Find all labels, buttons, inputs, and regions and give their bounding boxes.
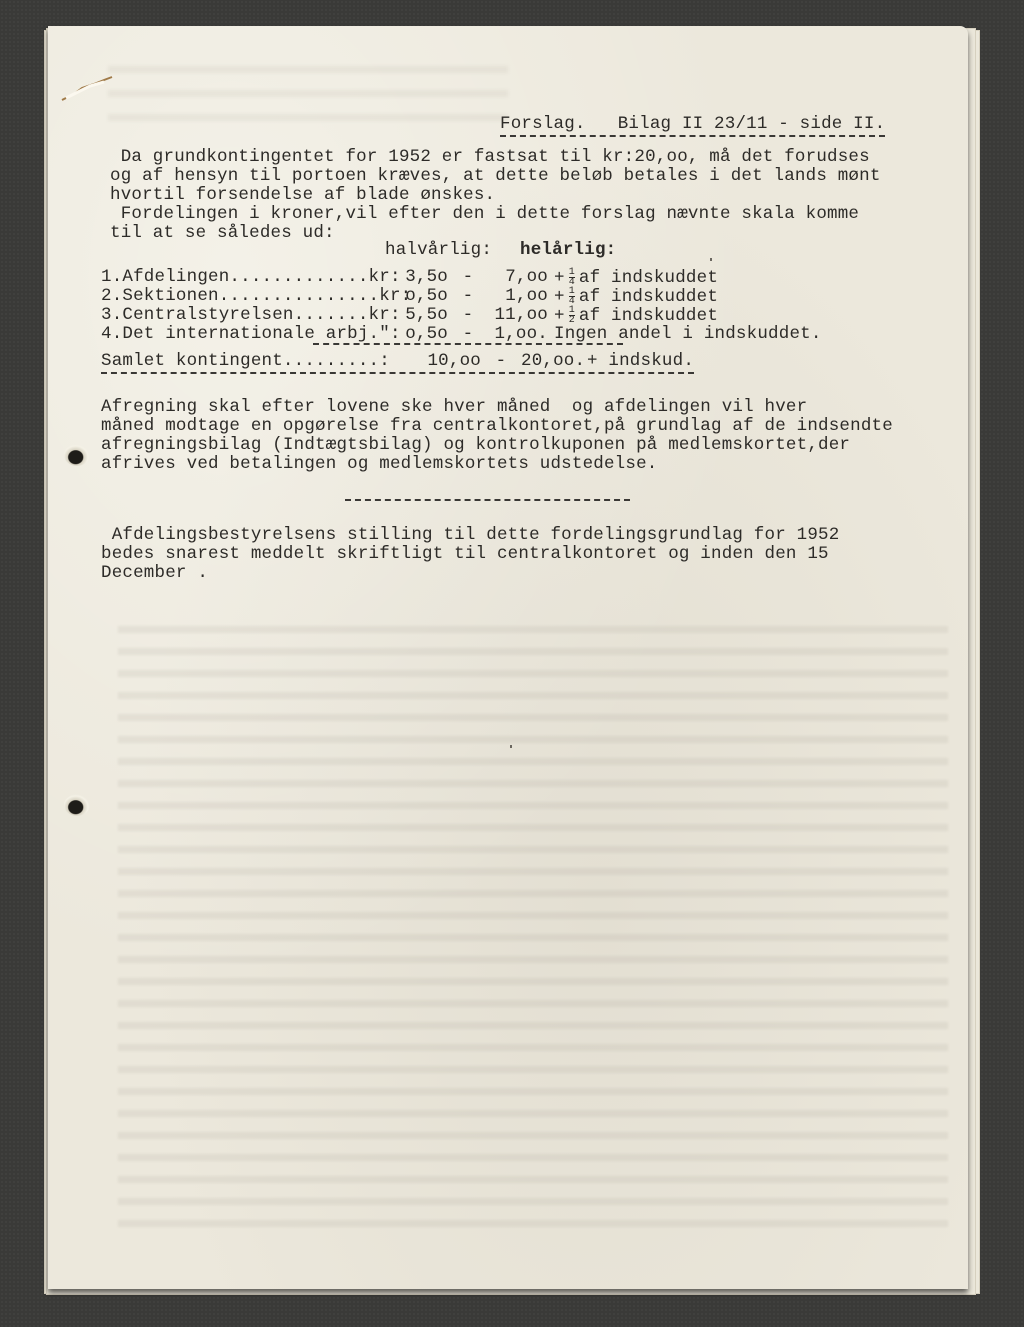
typed-text: Forslag. Bilag II 23/11 - side II. Da gr… [48, 26, 968, 1289]
half-yearly-value: 3,5o [388, 268, 448, 287]
row-note: +12af indskuddet [548, 306, 718, 325]
dashed-underline [313, 343, 623, 345]
half-yearly-value: 5,5o [388, 306, 448, 325]
closing-paragraph: Afdelingsbestyrelsens stilling til dette… [101, 526, 839, 583]
row-note: +14af indskuddet [548, 287, 718, 306]
row-note: Ingen andel i indskuddet. [548, 325, 822, 344]
table-total-row: Samlet kontingent.........: 10,oo - 20,o… [101, 352, 694, 374]
half-yearly-value: o,5o [388, 325, 448, 344]
text-line: bedes snarest meddelt skriftligt til cen… [101, 545, 839, 564]
text-line: og af hensyn til portoen kræves, at dett… [110, 167, 881, 186]
fee-distribution-table: 1.Afdelingen.............kr: 3,5o - 7,oo… [101, 268, 822, 344]
text-line: afregningsbilag (Indtægtsbilag) og kontr… [101, 436, 893, 455]
ink-speck [510, 745, 512, 748]
yearly-value: 7,oo [488, 268, 548, 287]
header-half-yearly: halvårlig: [385, 240, 492, 260]
range-separator: - [481, 352, 521, 371]
fraction: 14 [569, 268, 575, 287]
range-separator: - [448, 287, 488, 306]
yearly-value: 1,oo. [488, 325, 548, 344]
page-heading: Forslag. Bilag II 23/11 - side II. [500, 115, 885, 137]
row-label: 2.Sektionen...............kr: [101, 287, 388, 306]
text-line: måned modtage en opgørelse fra centralko… [101, 417, 893, 436]
text-line: hvortil forsendelse af blade ønskes. [110, 186, 881, 205]
heading-bilag: Bilag II 23/11 - side II. [618, 114, 886, 134]
document-page: Forslag. Bilag II 23/11 - side II. Da gr… [48, 26, 968, 1289]
text-line: Fordelingen i kroner,vil efter den i det… [110, 205, 881, 224]
text-line: Da grundkontingentet for 1952 er fastsat… [110, 148, 881, 167]
range-separator: - [448, 325, 488, 344]
table-row: 1.Afdelingen.............kr: 3,5o - 7,oo… [101, 268, 822, 287]
text-line: afrives ved betalingen og medlemskortets… [101, 455, 893, 474]
table-header: halvårlig:helårlig: [385, 241, 616, 260]
ink-speck [710, 258, 712, 261]
range-separator: - [448, 268, 488, 287]
yearly-value: 1,oo [488, 287, 548, 306]
total-half-yearly: 10,oo [421, 352, 481, 371]
fraction: 12 [569, 306, 575, 325]
heading-forslag: Forslag. [500, 114, 586, 134]
row-note: +14af indskuddet [548, 268, 718, 287]
total-label: Samlet kontingent.........: [101, 352, 421, 371]
table-row: 3.Centralstyrelsen.......kr: 5,5o - 11,o… [101, 306, 822, 325]
table-row: 2.Sektionen...............kr: o,5o - 1,o… [101, 287, 822, 306]
row-label: 3.Centralstyrelsen.......kr: [101, 306, 388, 325]
row-label: 1.Afdelingen.............kr: [101, 268, 388, 287]
fraction: 14 [569, 287, 575, 306]
total-note: + indskud. [581, 352, 694, 371]
range-separator: - [448, 306, 488, 325]
intro-paragraph: Da grundkontingentet for 1952 er fastsat… [110, 148, 881, 243]
half-yearly-value: o,5o [388, 287, 448, 306]
table-row: 4.Det internationale arbj.": o,5o - 1,oo… [101, 325, 822, 344]
total-yearly: 20,oo. [521, 352, 581, 371]
row-label: 4.Det internationale arbj.": [101, 325, 388, 344]
header-yearly: helårlig: [520, 240, 616, 260]
text-line: Afregning skal efter lovene ske hver mån… [101, 398, 893, 417]
section-divider [345, 499, 630, 501]
text-line: Afdelingsbestyrelsens stilling til dette… [101, 526, 839, 545]
text-line: December . [101, 564, 839, 583]
yearly-value: 11,oo [488, 306, 548, 325]
settlement-paragraph: Afregning skal efter lovene ske hver mån… [101, 398, 893, 474]
